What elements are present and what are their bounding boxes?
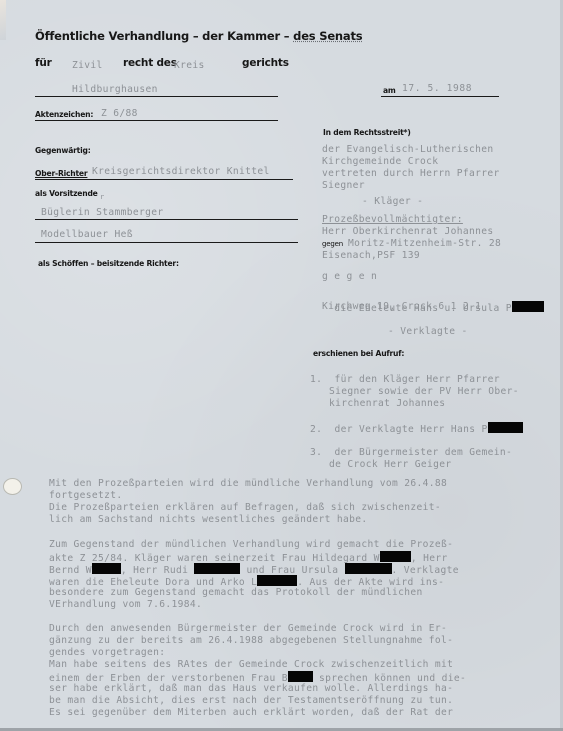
beklagte-role: - Verklagte - bbox=[388, 326, 468, 338]
body-line: Zum Gegenstand der mündlichen Verhandlun… bbox=[49, 539, 453, 551]
bevollmaechtigter-line: Herr Oberkirchenrat Johannes bbox=[322, 226, 494, 238]
punch-hole bbox=[3, 478, 22, 495]
form-title-prefix: Öffentliche Verhandlung – der Kammer – bbox=[35, 29, 293, 43]
value-schoeffe-2: Modellbauer Heß bbox=[41, 229, 133, 241]
redaction-box bbox=[92, 563, 121, 574]
label-rechtsstreit: In dem Rechtsstreit*) bbox=[323, 128, 411, 137]
redaction-box bbox=[345, 563, 392, 574]
item-text: der Bürgermeister dem Gemein- bbox=[335, 447, 513, 458]
paper-corner-shadow bbox=[0, 0, 6, 40]
body-line: lich am Sachstand nichts wesentliches ge… bbox=[49, 514, 368, 526]
body-line: VErhandlung vom 7.6.1984. bbox=[49, 599, 202, 611]
value-vorsitzende-suffix: r bbox=[100, 191, 105, 203]
body-line: be man die Absicht, dies erst nach der T… bbox=[49, 695, 453, 707]
label-am: am bbox=[383, 86, 396, 95]
klaeger-line: Siegner bbox=[322, 180, 365, 192]
value-schoeffe-1: Büglerin Stammberger bbox=[41, 207, 164, 219]
erschienen-item-1-cont: Siegner sowie der PV Herr Ober- bbox=[329, 386, 519, 398]
erschienen-item-3: 3. der Bürgermeister dem Gemein- bbox=[310, 447, 512, 459]
label-erschienen: erschienen bei Aufruf: bbox=[313, 349, 404, 358]
body-line: Es sei gegenüber dem Miterben auch erklä… bbox=[49, 707, 453, 719]
item-number: 2. bbox=[310, 424, 322, 435]
gegen-typed: g e g e n bbox=[322, 271, 377, 283]
value-gericht-type: Kreis bbox=[174, 60, 205, 72]
erschienen-item-1-cont: kirchenrat Johannes bbox=[329, 398, 445, 410]
body-line: gendes vorgetragen: bbox=[49, 647, 165, 659]
klaeger-line: vertreten durch Herrn Pfarrer bbox=[322, 168, 500, 180]
erschienen-item-1: 1. für den Kläger Herr Pfarrer bbox=[310, 374, 500, 386]
body-line: Mit den Prozeßparteien wird die mündlich… bbox=[49, 478, 447, 490]
rule-datum bbox=[381, 96, 499, 97]
body-line: Durch den anwesenden Bürgermeister der G… bbox=[49, 623, 447, 635]
item-number: 1. bbox=[310, 374, 322, 385]
label-als-schoeffen: als Schöffen – beisitzende Richter: bbox=[38, 259, 179, 268]
value-datum: 17. 5. 1988 bbox=[402, 83, 472, 95]
klaeger-role: - Kläger - bbox=[362, 196, 423, 208]
value-recht-type: Zivil bbox=[72, 60, 103, 72]
item-text: der Verklagte Herr Hans P bbox=[335, 424, 488, 435]
redaction-box bbox=[488, 422, 523, 433]
form-title-senat: des Senats bbox=[293, 29, 362, 43]
erschienen-item-3-cont: de Crock Herr Geiger bbox=[329, 459, 452, 471]
label-gerichts: gerichts bbox=[242, 57, 289, 69]
label-aktenzeichen: Aktenzeichen: bbox=[35, 110, 93, 119]
label-gegenwaertig: Gegenwärtig: bbox=[35, 146, 91, 155]
bevollmaechtigter-line: Eisenach,PSF 139 bbox=[322, 250, 420, 262]
value-aktenzeichen: Z 6/88 bbox=[101, 108, 138, 120]
label-fuer: für bbox=[35, 57, 52, 69]
body-line: Man habe seitens des RAtes der Gemeinde … bbox=[49, 659, 453, 671]
label-recht-des: recht des bbox=[123, 57, 177, 69]
redaction-box bbox=[257, 575, 297, 586]
klaeger-line: Kirchgemeinde Crock bbox=[322, 156, 438, 168]
body-line: ser habe erklärt, daß man das Haus verka… bbox=[49, 683, 453, 695]
body-line: besondere zum Gegenstand gemacht das Pro… bbox=[49, 587, 423, 599]
label-als-vorsitzende: als Vorsitzende bbox=[35, 189, 98, 198]
value-vorsitzender: Kreisgerichtsdirektor Knittel bbox=[92, 166, 270, 178]
klaeger-line: der Evangelisch-Lutherischen bbox=[322, 144, 494, 156]
rule-schoeffe-1 bbox=[35, 219, 298, 220]
body-line: gänzung zu der bereits am 26.4.1988 abge… bbox=[49, 635, 453, 647]
value-gericht-ort: Hildburghausen bbox=[72, 84, 158, 96]
redaction-box bbox=[380, 551, 411, 562]
redaction-box bbox=[194, 563, 240, 574]
bevollmaechtigter-line: Moritz-Mitzenheim-Str. 28 bbox=[348, 238, 501, 250]
redaction-box bbox=[512, 301, 544, 312]
label-gegen-printed: gegen bbox=[322, 240, 343, 248]
rule-ort bbox=[35, 96, 278, 97]
item-text: für den Kläger Herr Pfarrer bbox=[335, 374, 500, 385]
rule-schoeffe-2 bbox=[35, 242, 298, 243]
body-line: Die Prozeßparteien erklären auf Befragen… bbox=[49, 502, 441, 514]
bevollmaechtigter-heading: Prozeßbevollmächtigter: bbox=[322, 214, 463, 226]
label-ober-richter: Ober-Richter bbox=[35, 169, 87, 178]
form-title: Öffentliche Verhandlung – der Kammer – d… bbox=[35, 29, 362, 43]
item-number: 3. bbox=[310, 447, 322, 458]
rule-vorsitzender bbox=[35, 179, 293, 180]
body-line: fortgesetzt. bbox=[49, 490, 123, 502]
rule-aktenzeichen bbox=[35, 120, 278, 121]
redaction-box bbox=[288, 671, 313, 682]
erschienen-item-2: 2. der Verklagte Herr Hans P bbox=[310, 422, 523, 436]
beklagte-line-2: Kirchweg 19, Crock 6 1 2 1 bbox=[322, 301, 481, 313]
